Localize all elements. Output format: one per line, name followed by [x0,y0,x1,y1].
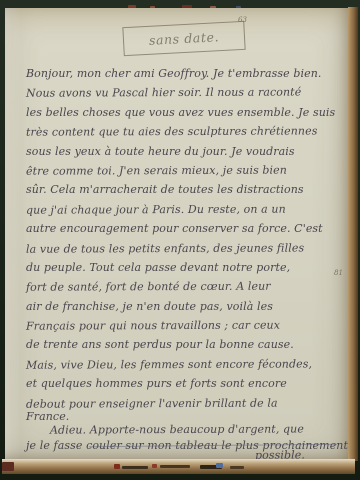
letter-line: que j'ai chaque jour à Paris. Du reste, … [26,199,350,220]
marbling-speck [216,463,223,468]
sans-date-annotation-box: sans date. [122,21,245,56]
marbling-speck [114,464,120,469]
letter-line: fort de santé, fort de bonté de cœur. A … [26,277,350,298]
letter-line: autre encouragement pour conserver sa fo… [26,219,350,238]
letter-body: Bonjour, mon cher ami Geoffroy. Je t'emb… [26,64,350,466]
letter-line: être comme toi. J'en serais mieux, je su… [26,160,350,181]
letter-photograph: sans date. 63 81 Bonjour, mon cher ami G… [0,0,360,480]
letter-line: Bonjour, mon cher ami Geoffroy. Je t'emb… [26,64,350,83]
letter-line: les belles choses que vous avez vues ens… [26,103,350,122]
marbling-speck [2,462,14,471]
letter-line: de trente ans sont perdus pour la bonne … [26,335,350,354]
letter-line: très content que tu aies des sculptures … [26,121,350,142]
letter-line: sous les yeux à toute heure du jour. Je … [26,142,350,161]
letter-line: Mais, vive Dieu, les femmes sont encore … [26,354,350,375]
letter-line: et quelques hommes purs et forts sont en… [26,374,350,393]
letter-line: Nous avons vu Pascal hier soir. Il nous … [26,83,350,104]
book-edge-strip [2,459,355,474]
letter-line: Français pour qui nous travaillons ; car… [26,315,350,336]
marbling-speck [160,465,190,468]
letter-line: debout pour enseigner l'avenir brillant … [26,393,350,414]
folio-number-top: 63 [238,16,247,24]
letter-line: la vue de tous les petits enfants, des j… [26,238,350,259]
marbling-speck [152,464,157,468]
letter-line: du peuple. Tout cela passe devant notre … [26,258,350,277]
letter-line: sûr. Cela m'arracherait de toutes les di… [26,180,350,199]
sans-date-annotation: sans date. [149,29,220,48]
marbling-speck [230,466,244,469]
letter-line: Adieu. Apporte-nous beaucoup d'argent, q… [26,420,350,441]
letter-line: air de franchise, je n'en doute pas, voi… [26,297,350,316]
letter-page: sans date. 63 81 Bonjour, mon cher ami G… [5,8,348,460]
marbling-speck [122,466,148,469]
